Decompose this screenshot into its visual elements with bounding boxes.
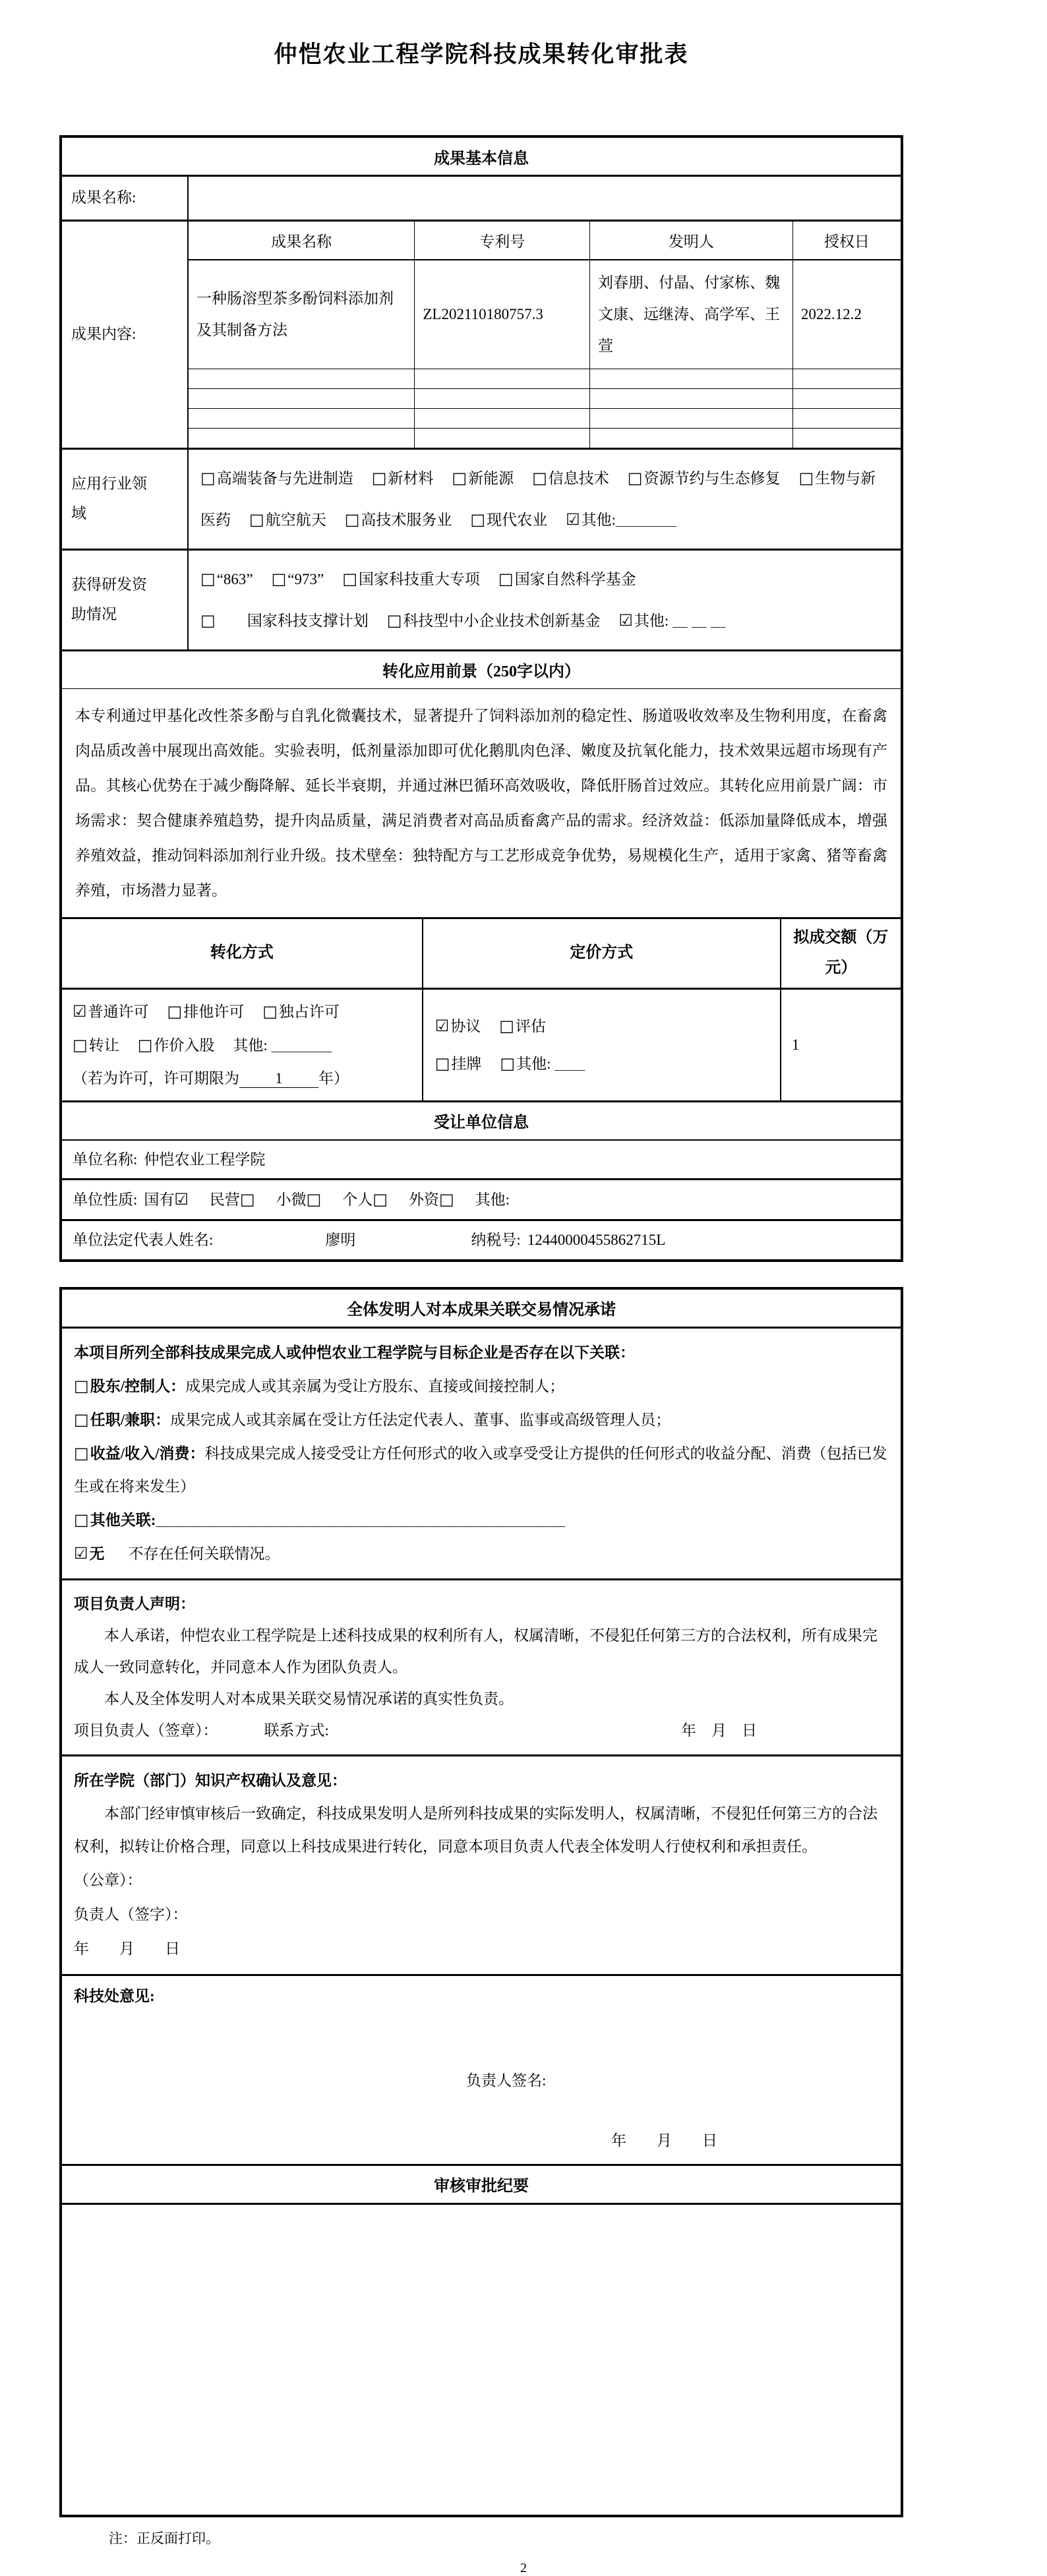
checkbox-option[interactable]: □高端装备与先进制造 xyxy=(200,470,353,487)
checkbox-option[interactable]: ☑其他: ＿ ＿ ＿ xyxy=(618,613,725,629)
checkbox-unchecked-icon[interactable]: □ xyxy=(74,1377,89,1395)
checkbox-option[interactable]: □挂牌 xyxy=(435,1056,482,1072)
pricing-method-cell: ☑协议□评估 □挂牌□其他: ＿＿ xyxy=(422,990,780,1100)
option-text: 其他: ＿＿＿＿ xyxy=(233,1037,332,1054)
pricing-options-line1: ☑协议□评估 xyxy=(435,1016,768,1036)
license-note-prefix: （若为许可，许可期限为 xyxy=(73,1070,239,1087)
patent-empty-cell xyxy=(793,369,901,388)
checkbox-option[interactable]: □转让 xyxy=(73,1037,119,1054)
license-term-note: （若为许可，许可期限为1年） xyxy=(73,1070,349,1087)
patent-empty-cell xyxy=(414,369,589,388)
checkbox-unchecked-icon: □ xyxy=(499,1017,514,1035)
tech-office-sign-label[interactable]: 负责人签名: xyxy=(466,2068,889,2090)
patent-empty-cell xyxy=(414,428,589,448)
achievement-content-label: 成果内容: xyxy=(62,222,189,448)
checkbox-option[interactable]: 民营□ xyxy=(210,1191,256,1208)
page-title: 仲恺农业工程学院科技成果转化审批表 xyxy=(59,0,903,69)
checkbox-option[interactable]: □高技术服务业 xyxy=(345,512,452,528)
patent-empty-cell xyxy=(414,388,589,408)
commitment-item-desc: 成果完成人或其亲属在受让方任法定代表人、董事、监事或高级管理人员； xyxy=(170,1412,671,1428)
checkbox-unchecked-icon: □ xyxy=(345,510,360,529)
checkbox-unchecked-icon: □ xyxy=(272,570,287,588)
basic-info-table: 成果基本信息 成果名称: 成果内容: 成果名称专利号发明人授权日一种肠溶型茶多酚… xyxy=(59,135,903,1262)
college-date-label: 年 月 日 xyxy=(74,1932,889,1966)
declaration-paragraph-1: 本人承诺，仲恺农业工程学院是上述科技成果的权利所有人，权属清晰，不侵犯任何第三方… xyxy=(74,1620,889,1683)
checkbox-option[interactable]: □其他: ＿＿ xyxy=(500,1056,585,1072)
checkbox-unchecked-icon: □ xyxy=(628,469,643,487)
unit-name-row: 单位名称: 仲恺农业工程学院 xyxy=(62,1139,901,1178)
checkbox-option[interactable]: □国家科技重大专项 xyxy=(342,571,480,587)
unit-name-value[interactable]: 仲恺农业工程学院 xyxy=(144,1146,265,1173)
unit-nature-label: 单位性质: xyxy=(73,1186,137,1213)
checkbox-unchecked-icon: □ xyxy=(435,1054,450,1073)
tax-no-label: 纳税号: xyxy=(471,1226,520,1253)
checkbox-unchecked-icon: □ xyxy=(138,1036,153,1054)
document-page: 仲恺农业工程学院科技成果转化审批表 成果基本信息 成果名称: 成果内容: 成果名… xyxy=(59,0,903,2548)
checkbox-unchecked-icon: □ xyxy=(387,611,402,630)
tech-office-header: 科技处意见: xyxy=(74,1984,889,2006)
commitment-item-none[interactable]: ☑无不存在任何关联情况。 xyxy=(74,1537,889,1571)
checkbox-option[interactable]: □ 国家科技支撑计划 xyxy=(200,613,369,629)
checkbox-option[interactable]: 小微□ xyxy=(276,1191,323,1208)
commitment-item-label: 股东/控制人： xyxy=(90,1378,185,1394)
funding-row: 获得研发资 助情况 □“863”□“973”□国家科技重大专项□国家自然科学基金… xyxy=(62,549,901,649)
commitment-body: 本项目所列全部科技成果完成人或仲恺农业工程学院与目标企业是否存在以下关联： □股… xyxy=(62,1327,901,1578)
achievement-content-row: 成果内容: 成果名称专利号发明人授权日一种肠溶型茶多酚饲料添加剂及其制备方法ZL… xyxy=(62,220,901,448)
patent-empty-cell xyxy=(589,408,793,428)
checkbox-option[interactable]: □作价入股 xyxy=(138,1037,215,1054)
college-opinion-body: 本部门经审慎审核后一致确定，科技成果发明人是所列科技成果的实际发明人，权属清晰，… xyxy=(74,1797,889,1863)
checkbox-unchecked-icon: □ xyxy=(373,1190,388,1209)
commitment-item-other[interactable]: □其他关联:＿＿＿＿＿＿＿＿＿＿＿＿＿＿＿＿＿＿＿＿＿＿＿＿＿＿＿ xyxy=(74,1503,889,1537)
patent-empty-cell xyxy=(189,408,414,428)
checkbox-option[interactable]: □信息技术 xyxy=(532,470,609,487)
checkbox-unchecked-icon: □ xyxy=(307,1190,322,1209)
declaration-paragraph-2: 本人及全体发明人对本成果关联交易情况承诺的真实性负责。 xyxy=(74,1683,889,1715)
patent-cell: 2022.12.2 xyxy=(793,260,901,369)
option-text: 其他: xyxy=(475,1191,510,1208)
official-seal-label: （公章）： xyxy=(74,1863,889,1898)
deal-header-row: 转化方式 定价方式 拟成交额（万元） xyxy=(62,917,901,988)
patent-cell: 一种肠溶型茶多酚饲料添加剂及其制备方法 xyxy=(189,260,414,369)
prospect-text: 本专利通过甲基化改性茶多酚与自乳化微囊技术，显著提升了饲料添加剂的稳定性、肠道吸… xyxy=(62,688,901,917)
patent-cell: 刘春朋、付晶、付家栋、魏文康、远继涛、高学军、王萱 xyxy=(589,260,793,369)
legal-rep-row: 单位法定代表人姓名: 廖明 纳税号: 12440000455862715L xyxy=(62,1219,901,1259)
checkbox-checked-icon: ☑ xyxy=(435,1017,450,1035)
section-header-basic-info: 成果基本信息 xyxy=(62,138,901,175)
checkbox-option[interactable]: □科技型中小企业技术创新基金 xyxy=(387,613,601,629)
checkbox-option[interactable]: □“863” xyxy=(200,571,253,587)
review-summary-blank-area xyxy=(62,2203,901,2515)
contact-label[interactable]: 联系方式: xyxy=(264,1715,329,1747)
checkbox-option[interactable]: ☑协议 xyxy=(435,1018,481,1034)
commitment-item-label: 任职/兼职： xyxy=(90,1412,170,1428)
unit-name-label: 单位名称: xyxy=(73,1146,137,1173)
patent-column-header: 授权日 xyxy=(793,222,901,260)
deal-body-row: ☑普通许可□排他许可□独占许可 □转让□作价入股其他: ＿＿＿＿ （若为许可，许… xyxy=(62,988,901,1100)
tech-office-date-label: 年 月 日 xyxy=(611,2128,889,2150)
declaration-header: 项目负责人声明： xyxy=(74,1588,889,1620)
checkbox-unchecked-icon: □ xyxy=(798,469,814,487)
commitment-item-desc: 成果完成人或其亲属为受让方股东、直接或间接控制人； xyxy=(185,1378,564,1394)
patent-column-header: 成果名称 xyxy=(189,222,414,260)
checkbox-option[interactable]: □新能源 xyxy=(452,470,514,487)
checkbox-option[interactable]: □独占许可 xyxy=(262,1003,340,1020)
industry-field-row: 应用行业领 域 □高端装备与先进制造□新材料□新能源□信息技术□资源节约与生态修… xyxy=(62,448,901,549)
tech-office-opinion-section: 科技处意见: 负责人签名: 年 月 日 xyxy=(62,1974,901,2164)
checkbox-checked-icon[interactable]: ☑ xyxy=(74,1544,88,1563)
checkbox-unchecked-icon[interactable]: □ xyxy=(74,1511,89,1529)
patent-empty-cell xyxy=(589,388,793,408)
checkbox-unchecked-icon: □ xyxy=(532,469,547,487)
transform-options-line1: ☑普通许可□排他许可□独占许可 xyxy=(73,1003,340,1020)
commitment-item-label: 其他关联: xyxy=(90,1512,156,1528)
checkbox-checked-icon: ☑ xyxy=(566,510,580,529)
industry-field-label: 应用行业领 域 xyxy=(62,450,189,549)
commitment-item-label: 无 xyxy=(90,1545,105,1562)
checkbox-option[interactable]: 国有☑ xyxy=(144,1191,190,1208)
checkbox-unchecked-icon: □ xyxy=(240,1190,255,1209)
checkbox-option[interactable]: ☑其他:＿＿＿＿ xyxy=(566,512,676,528)
transform-method-cell: ☑普通许可□排他许可□独占许可 □转让□作价入股其他: ＿＿＿＿ （若为许可，许… xyxy=(62,990,422,1100)
checkbox-unchecked-icon: □ xyxy=(439,1190,454,1209)
commitment-item-shareholder[interactable]: □股东/控制人：成果完成人或其亲属为受让方股东、直接或间接控制人； xyxy=(74,1369,889,1403)
checkbox-unchecked-icon: □ xyxy=(167,1002,183,1021)
checkbox-unchecked-icon: □ xyxy=(342,570,357,588)
checkbox-unchecked-icon: □ xyxy=(452,469,467,487)
checkbox-unchecked-icon: □ xyxy=(470,510,485,529)
checkbox-unchecked-icon[interactable]: □ xyxy=(74,1444,89,1462)
checkbox-unchecked-icon: □ xyxy=(249,510,264,529)
patent-column-header: 发明人 xyxy=(589,222,793,260)
license-term-blank[interactable]: 1 xyxy=(239,1069,318,1089)
industry-field-options: □高端装备与先进制造□新材料□新能源□信息技术□资源节约与生态修复□生物与新医药… xyxy=(189,450,901,549)
checkbox-unchecked-icon: □ xyxy=(200,570,216,588)
col-header-transform-method: 转化方式 xyxy=(62,919,422,988)
tax-no-value[interactable]: 12440000455862715L xyxy=(527,1226,666,1253)
print-note: 注：正反面打印。 xyxy=(109,2528,903,2548)
checkbox-unchecked-icon[interactable]: □ xyxy=(74,1410,89,1429)
deal-amount-value[interactable]: 1 xyxy=(780,990,901,1100)
checkbox-unchecked-icon: □ xyxy=(498,570,514,588)
checkbox-option[interactable]: □航空航天 xyxy=(249,512,326,528)
patent-cell: ZL202110180757.3 xyxy=(414,260,589,369)
col-header-pricing-method: 定价方式 xyxy=(422,919,780,988)
page-number: 2 xyxy=(0,2561,1047,2576)
license-note-suffix: 年） xyxy=(318,1070,349,1087)
project-leader-declaration: 项目负责人声明： 本人承诺，仲恺农业工程学院是上述科技成果的权利所有人，权属清晰… xyxy=(62,1578,901,1754)
commitment-approval-table: 全体发明人对本成果关联交易情况承诺 本项目所列全部科技成果完成人或仲恺农业工程学… xyxy=(59,1287,903,2517)
unit-nature-options: 国有☑民营□小微□个人□外资□其他: xyxy=(144,1185,529,1214)
checkbox-option[interactable]: □资源节约与生态修复 xyxy=(628,470,781,487)
college-sign-label[interactable]: 负责人（签字）： xyxy=(74,1898,889,1932)
checkbox-option[interactable]: ☑普通许可 xyxy=(73,1003,149,1020)
checkbox-unchecked-icon: □ xyxy=(200,611,216,630)
patent-empty-cell xyxy=(189,388,414,408)
commitment-item-desc: 不存在任何关联情况。 xyxy=(129,1545,280,1562)
checkbox-option[interactable]: □国家自然科学基金 xyxy=(498,571,636,587)
patent-empty-cell xyxy=(793,388,901,408)
funding-label: 获得研发资 助情况 xyxy=(62,551,189,649)
col-header-deal-amount: 拟成交额（万元） xyxy=(780,919,901,988)
declaration-signature-line: 项目负责人（签章）： 联系方式: 年 月 日 xyxy=(74,1715,889,1747)
checkbox-option[interactable]: 个人□ xyxy=(342,1191,389,1208)
patent-empty-cell xyxy=(414,408,589,428)
checkbox-checked-icon: ☑ xyxy=(73,1002,87,1021)
section-header-review-summary: 审核审批纪要 xyxy=(62,2164,901,2203)
checkbox-option[interactable]: □新材料 xyxy=(372,470,434,487)
checkbox-unchecked-icon: □ xyxy=(200,469,216,487)
commitment-intro: 本项目所列全部科技成果完成人或仲恺农业工程学院与目标企业是否存在以下关联： xyxy=(74,1336,889,1369)
patent-empty-cell xyxy=(189,369,414,388)
patent-column-header: 专利号 xyxy=(414,222,589,260)
section-header-assignee: 受让单位信息 xyxy=(62,1100,901,1139)
funding-options-line2: □ 国家科技支撑计划□科技型中小企业技术创新基金☑其他: ＿ ＿ ＿ xyxy=(200,600,889,642)
checkbox-unchecked-icon: □ xyxy=(372,469,387,487)
checkbox-checked-icon: ☑ xyxy=(174,1190,189,1209)
funding-options-line1: □“863”□“973”□国家科技重大专项□国家自然科学基金 xyxy=(200,558,889,600)
checkbox-option[interactable]: □“973” xyxy=(272,571,324,587)
college-opinion-section: 所在学院（部门）知识产权确认及意见： 本部门经审慎审核后一致确定，科技成果发明人… xyxy=(62,1754,901,1974)
achievement-name-row: 成果名称: xyxy=(62,175,901,220)
checkbox-option[interactable]: 外资□ xyxy=(409,1191,456,1208)
checkbox-unchecked-icon: □ xyxy=(73,1036,88,1054)
patent-empty-cell xyxy=(189,428,414,448)
commitment-item-income[interactable]: □收益/收入/消费：科技成果完成人接受受让方任何形式的收入或享受受让方提供的任何… xyxy=(74,1437,889,1503)
legal-rep-value[interactable]: 廖明 xyxy=(325,1226,355,1253)
patent-table: 成果名称专利号发明人授权日一种肠溶型茶多酚饲料添加剂及其制备方法ZL202110… xyxy=(189,222,901,448)
leader-signature-label[interactable]: 项目负责人（签章）： xyxy=(74,1715,218,1747)
fill-in-blank[interactable]: ＿＿＿＿＿＿＿＿＿＿＿＿＿＿＿＿＿＿＿＿＿＿＿＿＿＿＿ xyxy=(156,1512,565,1528)
section-header-commitment: 全体发明人对本成果关联交易情况承诺 xyxy=(62,1290,901,1327)
commitment-item-position[interactable]: □任职/兼职：成果完成人或其亲属在受让方任法定代表人、董事、监事或高级管理人员； xyxy=(74,1403,889,1437)
section-header-prospect: 转化应用前景（250字以内） xyxy=(62,649,901,688)
checkbox-option[interactable]: □评估 xyxy=(499,1018,546,1034)
achievement-name-label: 成果名称: xyxy=(62,177,189,220)
legal-rep-label: 单位法定代表人姓名: xyxy=(73,1226,213,1253)
patent-empty-cell xyxy=(589,428,793,448)
unit-nature-row: 单位性质: 国有☑民营□小微□个人□外资□其他: xyxy=(62,1178,901,1219)
declaration-date-label: 年 月 日 xyxy=(681,1715,757,1747)
checkbox-option[interactable]: □现代农业 xyxy=(470,512,547,528)
pricing-options-line2: □挂牌□其他: ＿＿ xyxy=(435,1054,768,1074)
college-opinion-header: 所在学院（部门）知识产权确认及意见： xyxy=(74,1764,889,1797)
commitment-item-label: 收益/收入/消费： xyxy=(90,1445,205,1462)
patent-empty-cell xyxy=(589,369,793,388)
patent-empty-cell xyxy=(793,428,901,448)
transform-options-line2: □转让□作价入股其他: ＿＿＿＿ xyxy=(73,1037,332,1054)
checkbox-option[interactable]: □排他许可 xyxy=(167,1003,245,1020)
checkbox-unchecked-icon: □ xyxy=(262,1002,278,1021)
checkbox-unchecked-icon: □ xyxy=(500,1054,515,1073)
patent-empty-cell xyxy=(793,408,901,428)
achievement-name-value[interactable] xyxy=(189,177,901,220)
checkbox-checked-icon: ☑ xyxy=(618,611,633,630)
